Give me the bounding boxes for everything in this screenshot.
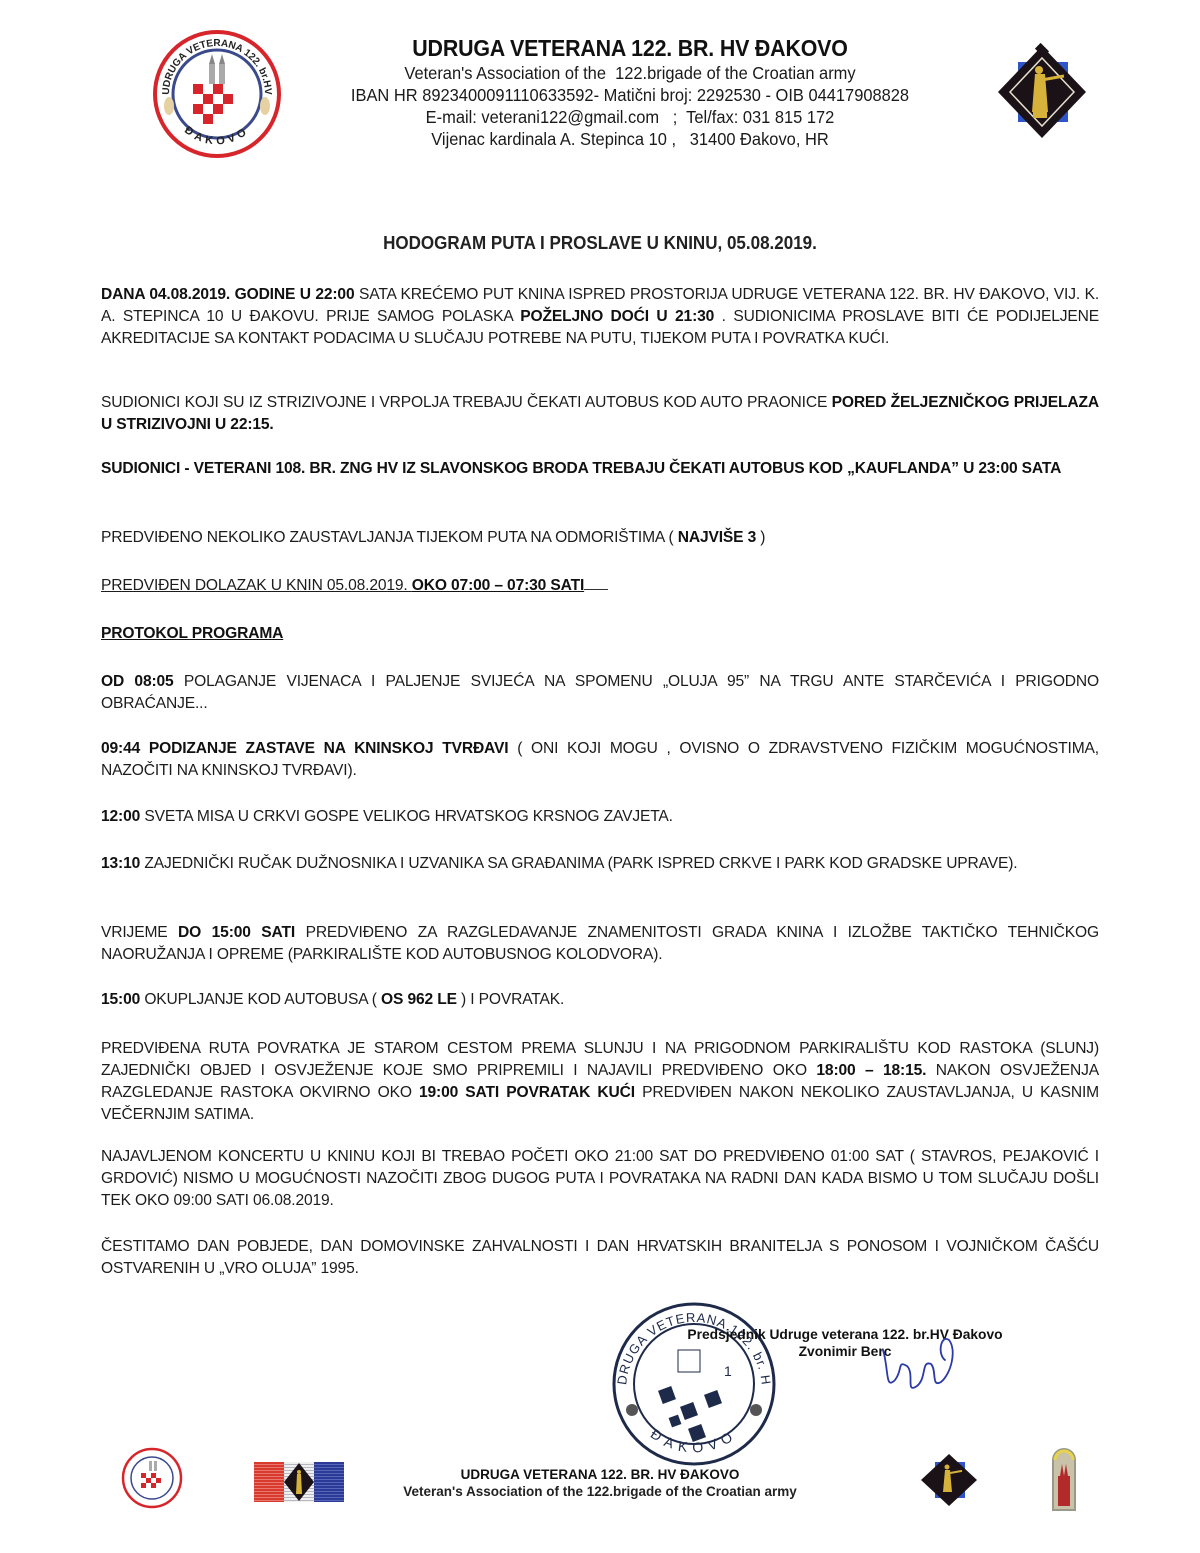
text: PREDVIĐENO NEKOLIKO ZAUSTAVLJANJA TIJEKO… [101,529,678,546]
meal-time: 18:00 – 18:15. [816,1062,926,1079]
event-time: 12:00 [101,808,140,825]
association-emblem-icon: UDRUGA VETERANA 122. br.HV ĐAKOVO [151,28,283,160]
organization-subtitle: Veteran's Association of the 122.brigade… [310,62,949,84]
document-title: HODOGRAM PUTA I PROSLAVE U KNINU, 05.08.… [48,232,1152,254]
text: SUDIONICI KOJI SU IZ STRIZIVOJNE I VRPOL… [101,394,832,411]
official-stamp-icon: UDRUGA VETERANA 122. br. HV ĐAKOVO 1 [608,1298,780,1470]
event-time: DO 15:00 SATI [178,924,295,941]
underline-extension [584,575,608,590]
signatory-name: Zvonimir Berc [655,1343,1035,1360]
text: ) I POVRATAK. [457,991,564,1008]
association-emblem-small-icon [121,1447,183,1509]
svg-text:1: 1 [724,1363,732,1379]
footer-organization-subtitle: Veteran's Association of the 122.brigade… [360,1483,840,1500]
text: ZAJEDNIČKI RUČAK DUŽNOSNIKA I UZVANIKA S… [140,855,1017,872]
handwritten-signature-icon [875,1330,975,1400]
text: OKUPLJANJE KOD AUTOBUSA ( [140,991,381,1008]
return-time: 19:00 SATI POVRATAK KUĆI [419,1084,635,1101]
text: PREDVIĐEN DOLAZAK U KNIN 05.08.2019. [101,577,412,594]
brigade-badge-small-icon [917,1452,981,1508]
arrival-time: OKO 07:00 – 07:30 SATI [412,577,584,594]
paragraph-bus-gathering: 15:00 OKUPLJANJE KOD AUTOBUSA ( OS 962 L… [101,989,1099,1011]
text: VRIJEME [101,924,178,941]
paragraph-lunch: 13:10 ZAJEDNIČKI RUČAK DUŽNOSNIKA I UZVA… [101,853,1099,875]
paragraph-flag-raising: 09:44 PODIZANJE ZASTAVE NA KNINSKOJ TVRĐ… [101,738,1099,782]
paragraph-slavonski-brod: SUDIONICI - VETERANI 108. BR. ZNG HV IZ … [101,458,1099,480]
paragraph-stops: PREDVIĐENO NEKOLIKO ZAUSTAVLJANJA TIJEKO… [101,527,1099,549]
event-time: 09:44 PODIZANJE ZASTAVE NA KNINSKOJ TVRĐ… [101,740,508,757]
cathedral-badge-icon [1051,1448,1077,1512]
event-time: 13:10 [101,855,140,872]
footer-letterhead: UDRUGA VETERANA 122. BR. HV ĐAKOVO Veter… [360,1466,840,1500]
signatory-role: Predsjednik Udruge veterana 122. br.HV Đ… [655,1326,1035,1343]
departure-time: DANA 04.08.2019. GODINE U 22:00 [101,286,354,303]
text: ) [756,529,765,546]
letterhead: UDRUGA VETERANA 122. BR. HV ĐAKOVO Veter… [290,34,970,150]
event-time: OD 08:05 [101,673,174,690]
bus-plate: OS 962 LE [381,991,457,1008]
signature-block: Predsjednik Udruge veterana 122. br.HV Đ… [655,1326,1035,1360]
paragraph-congratulations: ČESTITAMO DAN POBJEDE, DAN DOMOVINSKE ZA… [101,1236,1099,1280]
contact-line: E-mail: veterani122@gmail.com ; Tel/fax:… [310,106,949,128]
paragraph-strizivojna: SUDIONICI KOJI SU IZ STRIZIVOJNE I VRPOL… [101,392,1099,436]
footer-organization-name: UDRUGA VETERANA 122. BR. HV ĐAKOVO [360,1466,840,1483]
iban-line: IBAN HR 8923400091110633592- Matični bro… [310,84,949,106]
paragraph-wreath: OD 08:05 POLAGANJE VIJENACA I PALJENJE S… [101,671,1099,715]
text: SVETA MISA U CRKVI GOSPE VELIKOG HRVATSK… [140,808,673,825]
address-line: Vijenac kardinala A. Stepinca 10 , 31400… [310,128,949,150]
organization-name: UDRUGA VETERANA 122. BR. HV ĐAKOVO [314,34,946,62]
text: POLAGANJE VIJENACA I PALJENJE SVIJEĆA NA… [101,673,1099,712]
event-time: 15:00 [101,991,140,1008]
section-heading-protocol: PROTOKOL PROGRAMA [101,623,1099,645]
brigade-badge-icon [992,42,1092,142]
pickup-kaufland: SUDIONICI - VETERANI 108. BR. ZNG HV IZ … [101,460,1061,477]
paragraph-sightseeing: VRIJEME DO 15:00 SATI PREDVIĐENO ZA RAZG… [101,922,1099,966]
paragraph-mass: 12:00 SVETA MISA U CRKVI GOSPE VELIKOG H… [101,806,1099,828]
text: ČESTITAMO DAN POBJEDE, DAN DOMOVINSKE ZA… [101,1238,1099,1277]
protocol-heading: PROTOKOL PROGRAMA [101,625,283,642]
text: NAJAVLJENOM KONCERTU U KNINU KOJI BI TRE… [101,1148,1099,1209]
paragraph-arrival: PREDVIĐEN DOLAZAK U KNIN 05.08.2019. OKO… [101,575,1099,597]
paragraph-return-route: PREDVIĐENA RUTA POVRATKA JE STAROM CESTO… [101,1038,1099,1126]
arrival-recommendation: POŽELJNO DOĆI U 21:30 [520,308,714,325]
medal-ribbon-icon [254,1462,344,1502]
max-stops: NAJVIŠE 3 [678,529,756,546]
paragraph-concert: NAJAVLJENOM KONCERTU U KNINU KOJI BI TRE… [101,1146,1099,1212]
paragraph-departure: DANA 04.08.2019. GODINE U 22:00 SATA KRE… [101,284,1099,350]
